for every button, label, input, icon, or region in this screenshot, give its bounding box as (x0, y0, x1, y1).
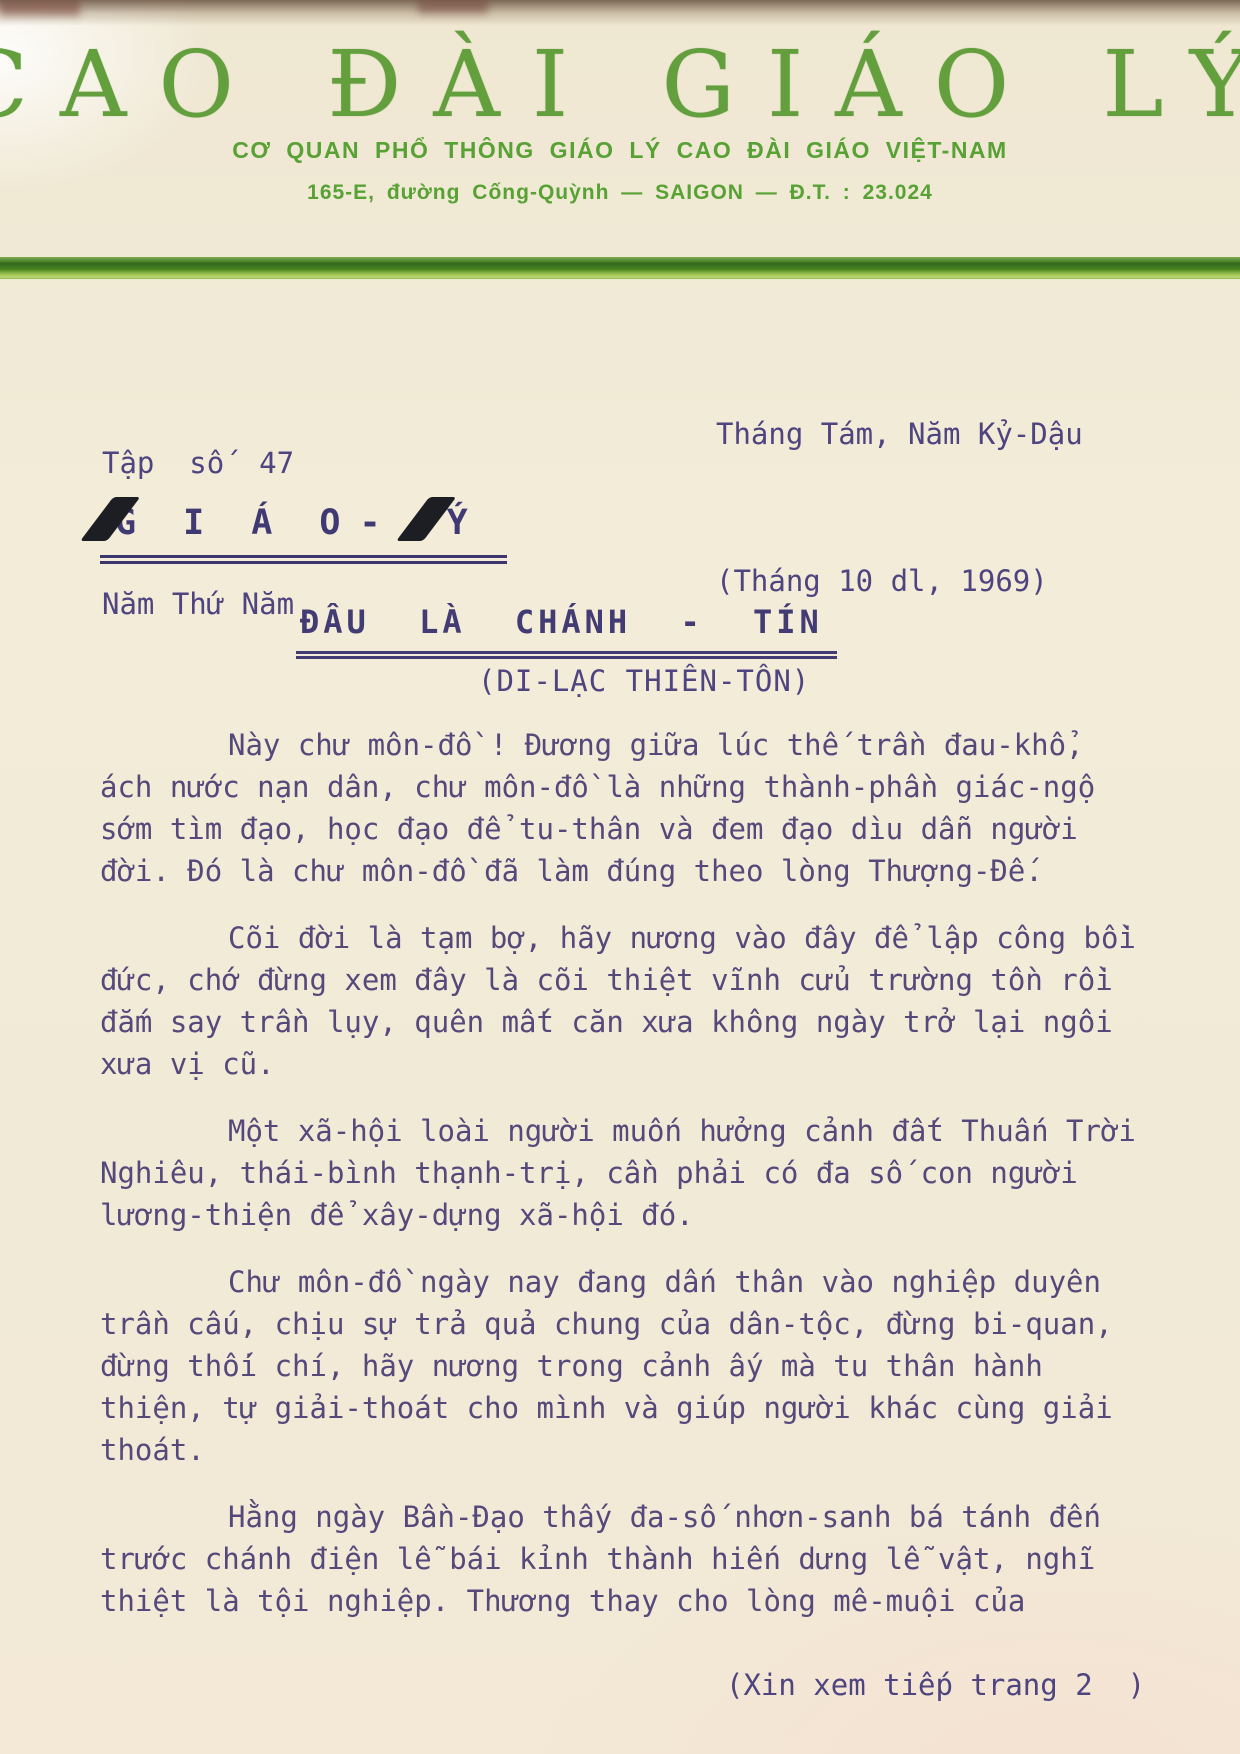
section-heading-separator: - (360, 503, 394, 543)
masthead-divider-rule (0, 257, 1240, 279)
article-body: Này chư môn-đồ ! Đương giữa lúc thế trần… (100, 724, 1152, 1647)
scan-smudge (0, 0, 80, 16)
article-title: ĐÂU LÀ CHÁNH - TÍN (296, 603, 837, 659)
section-heading-giao-ly: G I Á O-Ý (100, 490, 507, 564)
scanned-document-page: CAO ĐÀI GIÁO LÝ CƠ QUAN PHỔ THÔNG GIÁO L… (0, 0, 1240, 1754)
section-heading-part2: Ý (447, 503, 481, 543)
issue-year: Năm Thứ Năm (102, 581, 294, 628)
body-paragraph: Này chư môn-đồ ! Đương giữa lúc thế trần… (100, 724, 1152, 892)
body-paragraph: Cõi đời là tạm bợ, hãy nương vào đây để … (100, 917, 1152, 1085)
scan-smudge (418, 0, 488, 14)
continuation-note: (Xin xem tiếp trang 2 ) (726, 1668, 1145, 1702)
body-paragraph: Chư môn-đồ ngày nay đang dấn thân vào ng… (100, 1261, 1152, 1471)
masthead-title: CAO ĐÀI GIÁO LÝ (0, 34, 1240, 135)
section-heading-part1: G I Á O (115, 503, 354, 543)
scan-edge-artifact (0, 0, 1240, 26)
body-paragraph: Một xã-hội loài người muốn hưởng cảnh đấ… (100, 1110, 1152, 1236)
body-paragraph: Hằng ngày Bần-Đạo thấy đa-số nhơn-sanh b… (100, 1496, 1152, 1622)
masthead-subtitle: CƠ QUAN PHỔ THÔNG GIÁO LÝ CAO ĐÀI GIÁO V… (0, 137, 1240, 164)
issue-date-lunar: Tháng Tám, Năm Kỷ-Dậu (716, 410, 1083, 459)
article-byline: (DI-LẠC THIÊN-TÔN) (478, 664, 810, 698)
masthead-address: 165-E, đường Cống-Quỳnh — SAIGON — Đ.T. … (0, 181, 1240, 205)
issue-number: Tập số 47 (102, 440, 294, 487)
issue-date-solar: (Tháng 10 dl, 1969) (716, 557, 1083, 606)
